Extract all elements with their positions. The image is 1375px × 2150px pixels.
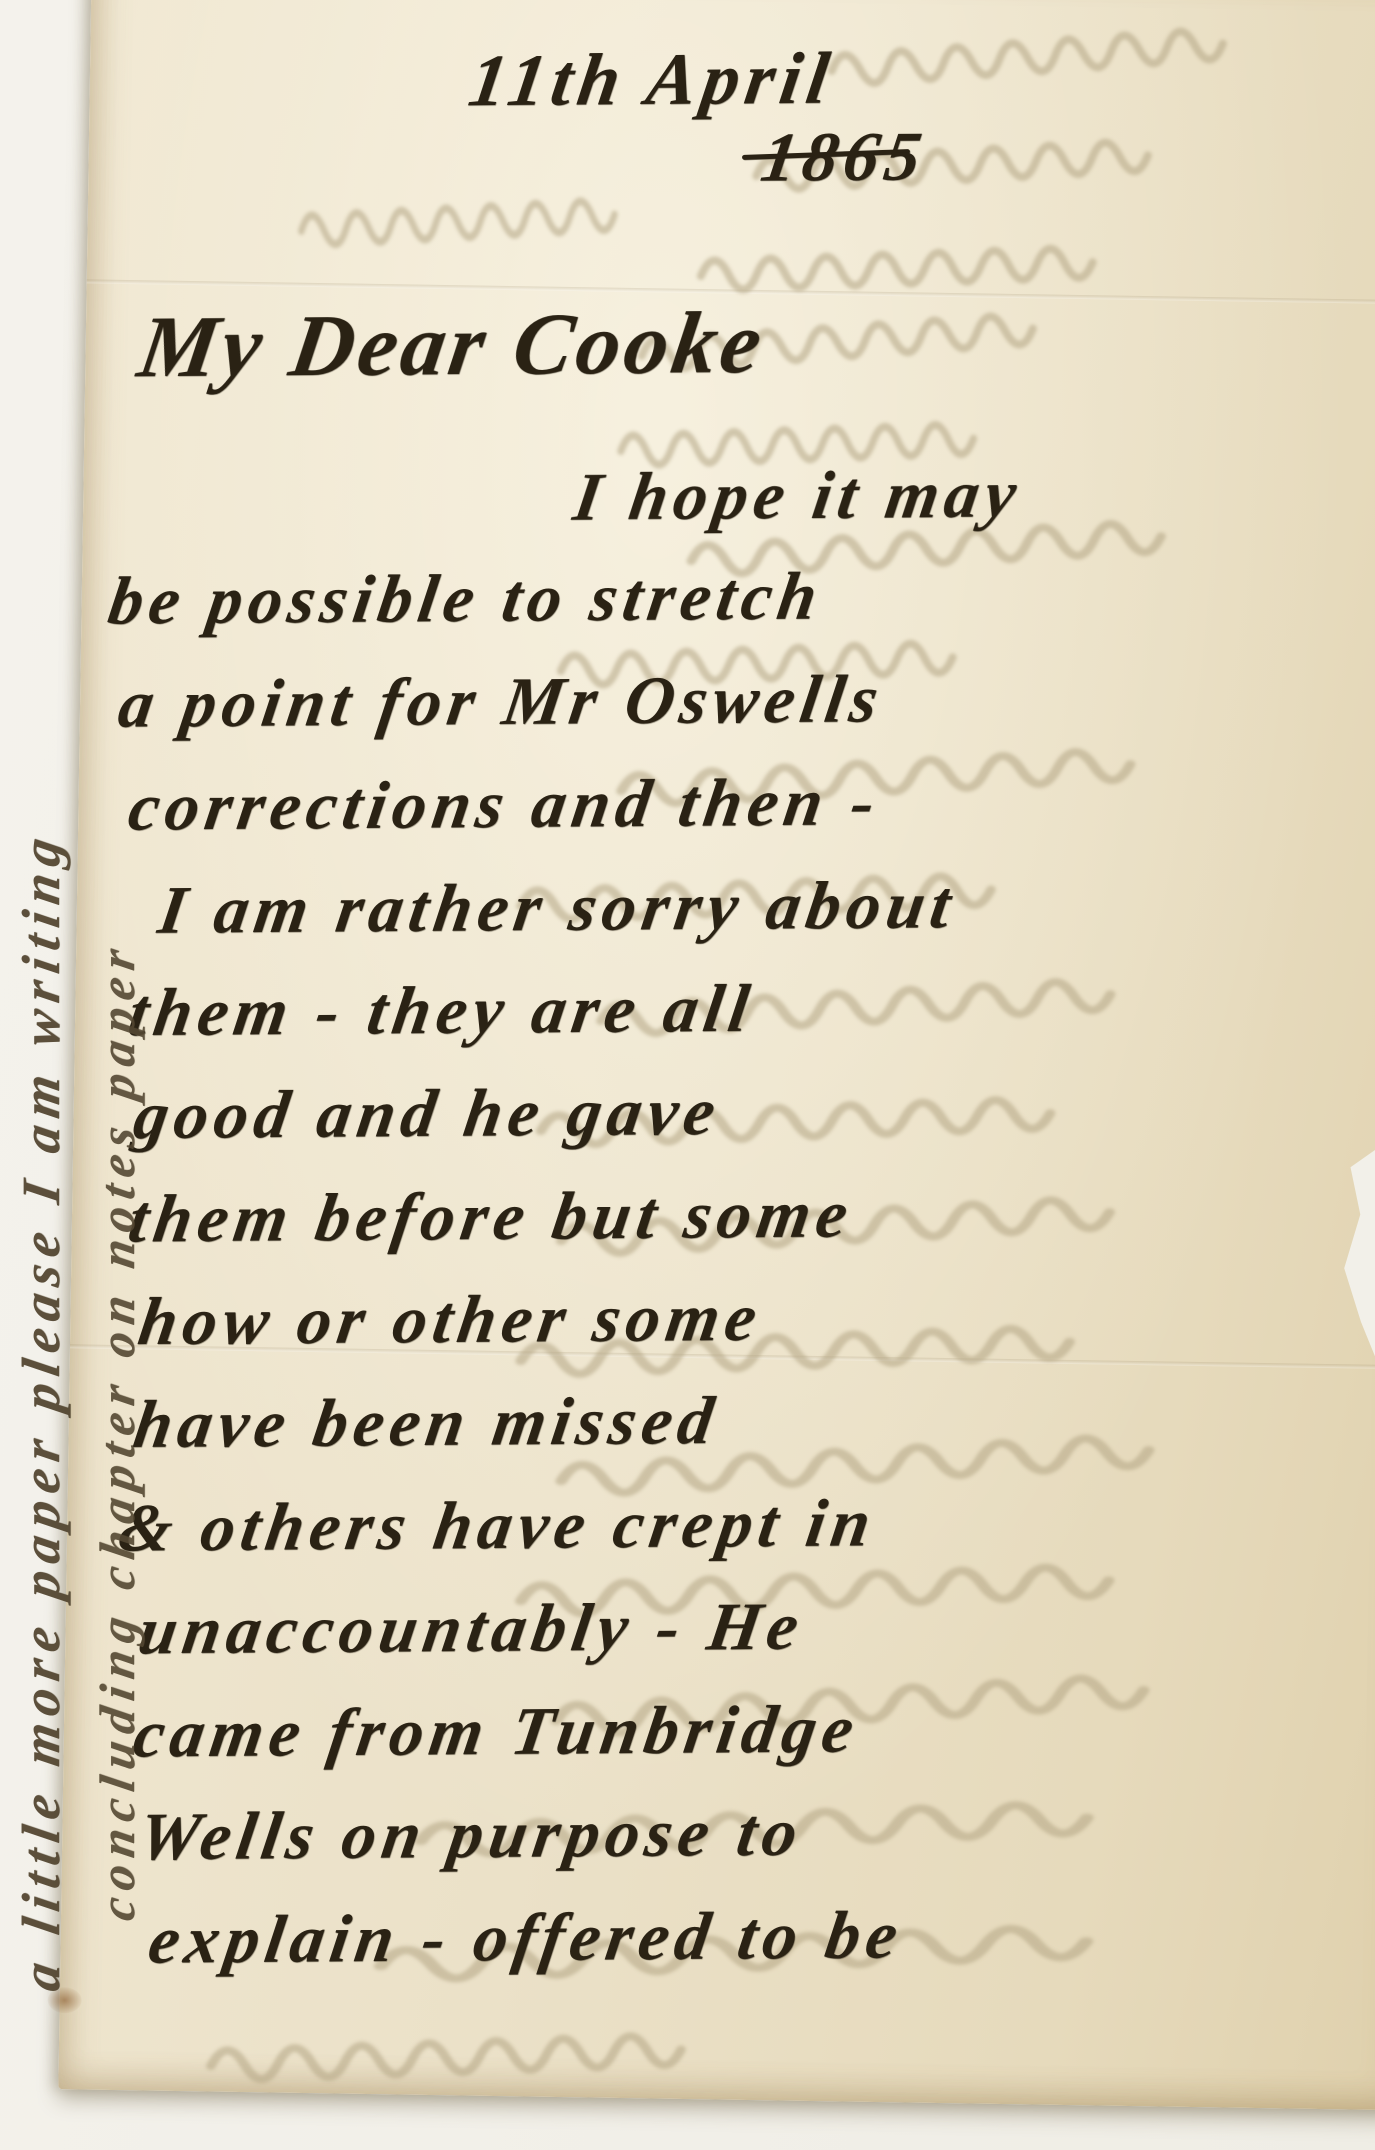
body-line: corrections and then - bbox=[122, 751, 888, 856]
body-line: unaccountably - He bbox=[132, 1576, 811, 1681]
letter-scan: 11th April 1865 My Dear Cooke I hope it … bbox=[0, 0, 1375, 2150]
body-line: them - they are all bbox=[122, 958, 762, 1062]
body-line: I hope it may bbox=[567, 443, 1029, 546]
salutation: My Dear Cooke bbox=[132, 293, 772, 398]
body-line: explain - offered to be bbox=[142, 1884, 910, 1989]
body-line: how or other some bbox=[132, 1267, 769, 1371]
body-line: be possible to stretch bbox=[102, 546, 830, 651]
body-line: a point for Mr Oswells bbox=[112, 648, 891, 753]
date-line: 11th April bbox=[463, 37, 840, 125]
margin-note-line: concluding chapter on notes paper bbox=[88, 937, 146, 1924]
body-line: & others have crept in bbox=[112, 1472, 883, 1577]
body-line: came from Tunbridge bbox=[127, 1678, 866, 1783]
body-line: I am rather sorry about bbox=[152, 854, 963, 960]
body-line: them before but some bbox=[122, 1163, 860, 1268]
body-line: have been missed bbox=[127, 1370, 726, 1474]
body-line: good and he gave bbox=[127, 1061, 728, 1165]
date-year: 1865 bbox=[756, 117, 932, 198]
margin-note-line: a little more paper please I am writing bbox=[10, 826, 72, 1995]
body-line: Wells on purpose to bbox=[132, 1782, 810, 1887]
